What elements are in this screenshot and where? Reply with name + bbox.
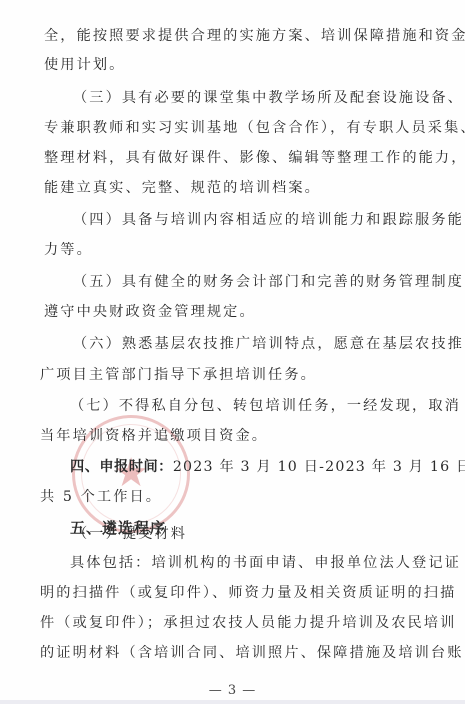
paragraph-line-item-6: （六）熟悉基层农技推广培训特点，愿意在基层农技推 [73,334,464,354]
document-page: ★ 全，能按照要求提供合理的实施方案、培训保障措施和资金 使用计划。 （三）具有… [0,0,465,700]
paragraph-line: 具体包括：培训机构的书面申请、申报单位法人登记证 [70,553,461,573]
page-number: — 3 — [0,683,465,698]
section-four-heading: 四、申报时间： [70,459,173,475]
paragraph-line: 专兼职教师和实习实训基地（包含合作），有专职人员采集、 [44,118,465,138]
section-four: 四、申报时间：2023 年 3 月 10 日-2023 年 3 月 16 日， [70,457,465,477]
section-four-continuation: 共 5 个工作日。 [40,487,162,507]
paragraph-line-item-4: （四）具备与培训内容相适应的培训能力和跟踪服务能 [73,210,464,230]
paragraph-line: 能建立真实、完整、规范的培训档案。 [44,178,321,198]
section-four-dates: 2023 年 3 月 10 日-2023 年 3 月 16 日， [173,459,465,475]
paragraph-line: 整理材料，具有做好课件、影像、编辑等整理工作的能力， [44,148,465,168]
paragraph-line-item-5: （五）具有健全的财务会计部门和完善的财务管理制度， [73,272,465,292]
paragraph-line: 明的扫描件（或复印件）、师资力量及相关资质证明的扫描 [40,583,456,603]
paragraph-line: 广项目主管部门指导下承担培训任务。 [40,365,317,385]
paragraph-line: 件（或复印件）；承担过农技人员能力提升培训及农民培训 [40,613,456,633]
paragraph-line: 全，能按照要求提供合理的实施方案、培训保障措施和资金 [44,26,465,46]
paragraph-line: 当年培训资格并追缴项目资金。 [40,426,268,446]
paragraph-line-item-7: （七）不得私自分包、转包培训任务，一经发现，取消 [70,396,461,416]
subsection-submit-materials: （一）提交材料 [73,524,187,544]
paragraph-line: 使用计划。 [44,55,125,75]
paragraph-line: 的证明材料（含培训合同、培训照片、保障措施及培训台账 [40,643,463,663]
paragraph-line-item-3: （三）具有必要的课堂集中教学场所及配套设施设备、 [73,88,464,108]
paragraph-line: 力等。 [44,240,93,260]
paragraph-line: 遵守中央财政资金管理规定。 [44,302,256,322]
page-bottom-edge [0,700,465,704]
